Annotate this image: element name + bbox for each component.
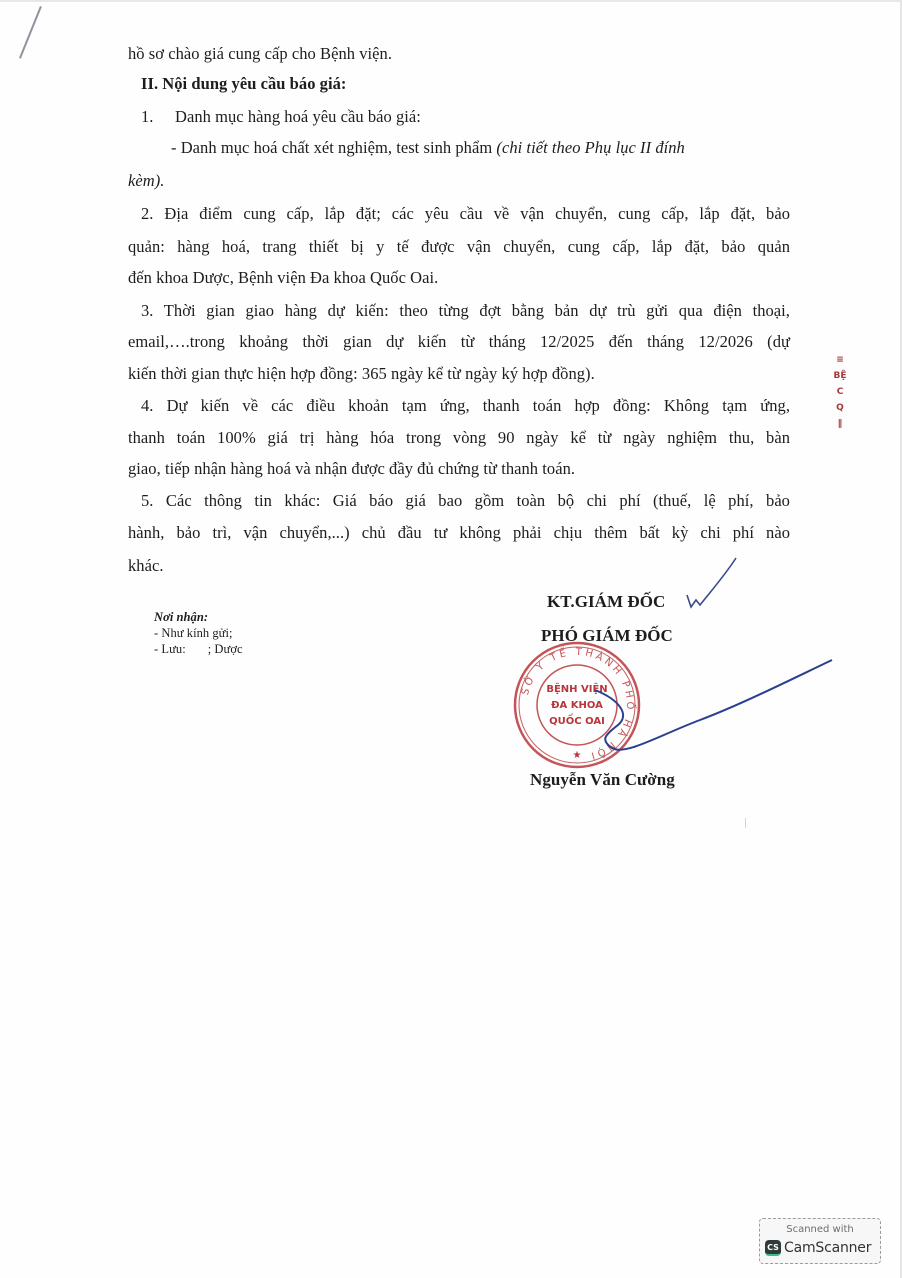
stamp-star-icon: ★ [573,750,582,761]
scanned-document-page: hồ sơ chào giá cung cấp cho Bệnh viện. I… [0,0,902,1278]
item5-line1: 5. Các thông tin khác: Giá báo giá bao g… [141,491,790,511]
item2-line3: đến khoa Dược, Bệnh viện Đa khoa Quốc Oa… [128,268,438,288]
scan-artifact [745,818,746,828]
item3-line2: email,….trong khoảng thời gian dự kiến t… [128,332,790,352]
margin-stamp-char-2: C [837,387,844,397]
recipient-line2-suffix: ; Dược [208,642,243,656]
watermark-brand: CS CamScanner [765,1240,871,1256]
recipients-heading: Nơi nhận: [154,610,208,625]
item4-line1: 4. Dự kiến về các điều khoản tạm ứng, th… [141,396,790,416]
pen-stroke-mark [19,6,42,59]
camscanner-watermark: Scanned with CS CamScanner [759,1218,881,1264]
item2-line2: quản: hàng hoá, trang thiết bị y tế được… [128,237,790,257]
continuation-line: hồ sơ chào giá cung cấp cho Bệnh viện. [128,44,392,64]
item4-line3: giao, tiếp nhận hàng hoá và nhận được đầ… [128,459,575,479]
item1-bullet-text: - Danh mục hoá chất xét nghiệm, test sin… [171,138,496,157]
stamp-line1: BỆNH VIỆN [546,682,607,695]
signer-name: Nguyễn Văn Cường [530,770,675,790]
watermark-brand-name: CamScanner [784,1240,871,1256]
official-red-stamp: SỞ Y TẾ THÀNH PHỐ HÀ NỘI BỆNH VIỆN ĐA KH… [512,640,642,770]
item1-bullet-italic-cont: kèm). [128,171,164,191]
item2-line1: 2. Địa điểm cung cấp, lắp đặt; các yêu c… [141,204,790,224]
item5-line3: khác. [128,556,164,576]
item3-line1: 3. Thời gian giao hàng dự kiến: theo từn… [141,301,790,321]
handwritten-signature [0,0,902,1278]
stamp-line3: QUỐC OAI [549,712,605,727]
page-edge-top [0,0,902,2]
item1-title: Danh mục hàng hoá yêu cầu báo giá: [175,107,421,127]
item1-number: 1. [141,107,153,127]
camscanner-logo-icon: CS [765,1240,781,1256]
item5-line2: hành, bảo trì, vận chuyển,...) chủ đầu t… [128,523,790,543]
margin-stamp-char-1: BỆ [833,371,846,381]
recipient-line2-prefix: - Lưu: [154,642,186,656]
section-heading: II. Nội dung yêu cầu báo giá: [141,74,346,94]
margin-stamp-marks: ≡ [836,355,844,365]
item3-line3: kiến thời gian thực hiện hợp đồng: 365 n… [128,364,595,384]
margin-stamp-marks-2: ∥ [838,419,843,429]
recipient-line1: - Như kính gửi; [154,626,233,641]
margin-stamp-char-3: Q [836,403,844,413]
item4-line2: thanh toán 100% giá trị hàng hóa trong v… [128,428,790,448]
stamp-line2: ĐA KHOA [551,700,603,711]
margin-stamp-fragment: ≡ BỆ C Q ∥ [830,355,850,485]
recipient-line2: - Lưu:; Dược [154,642,243,657]
watermark-top-text: Scanned with [760,1224,880,1235]
item1-bullet: - Danh mục hoá chất xét nghiệm, test sin… [171,138,685,158]
signature-title-1: KT.GIÁM ĐỐC [547,592,665,612]
item1-bullet-italic: (chi tiết theo Phụ lục II đính [496,138,684,157]
